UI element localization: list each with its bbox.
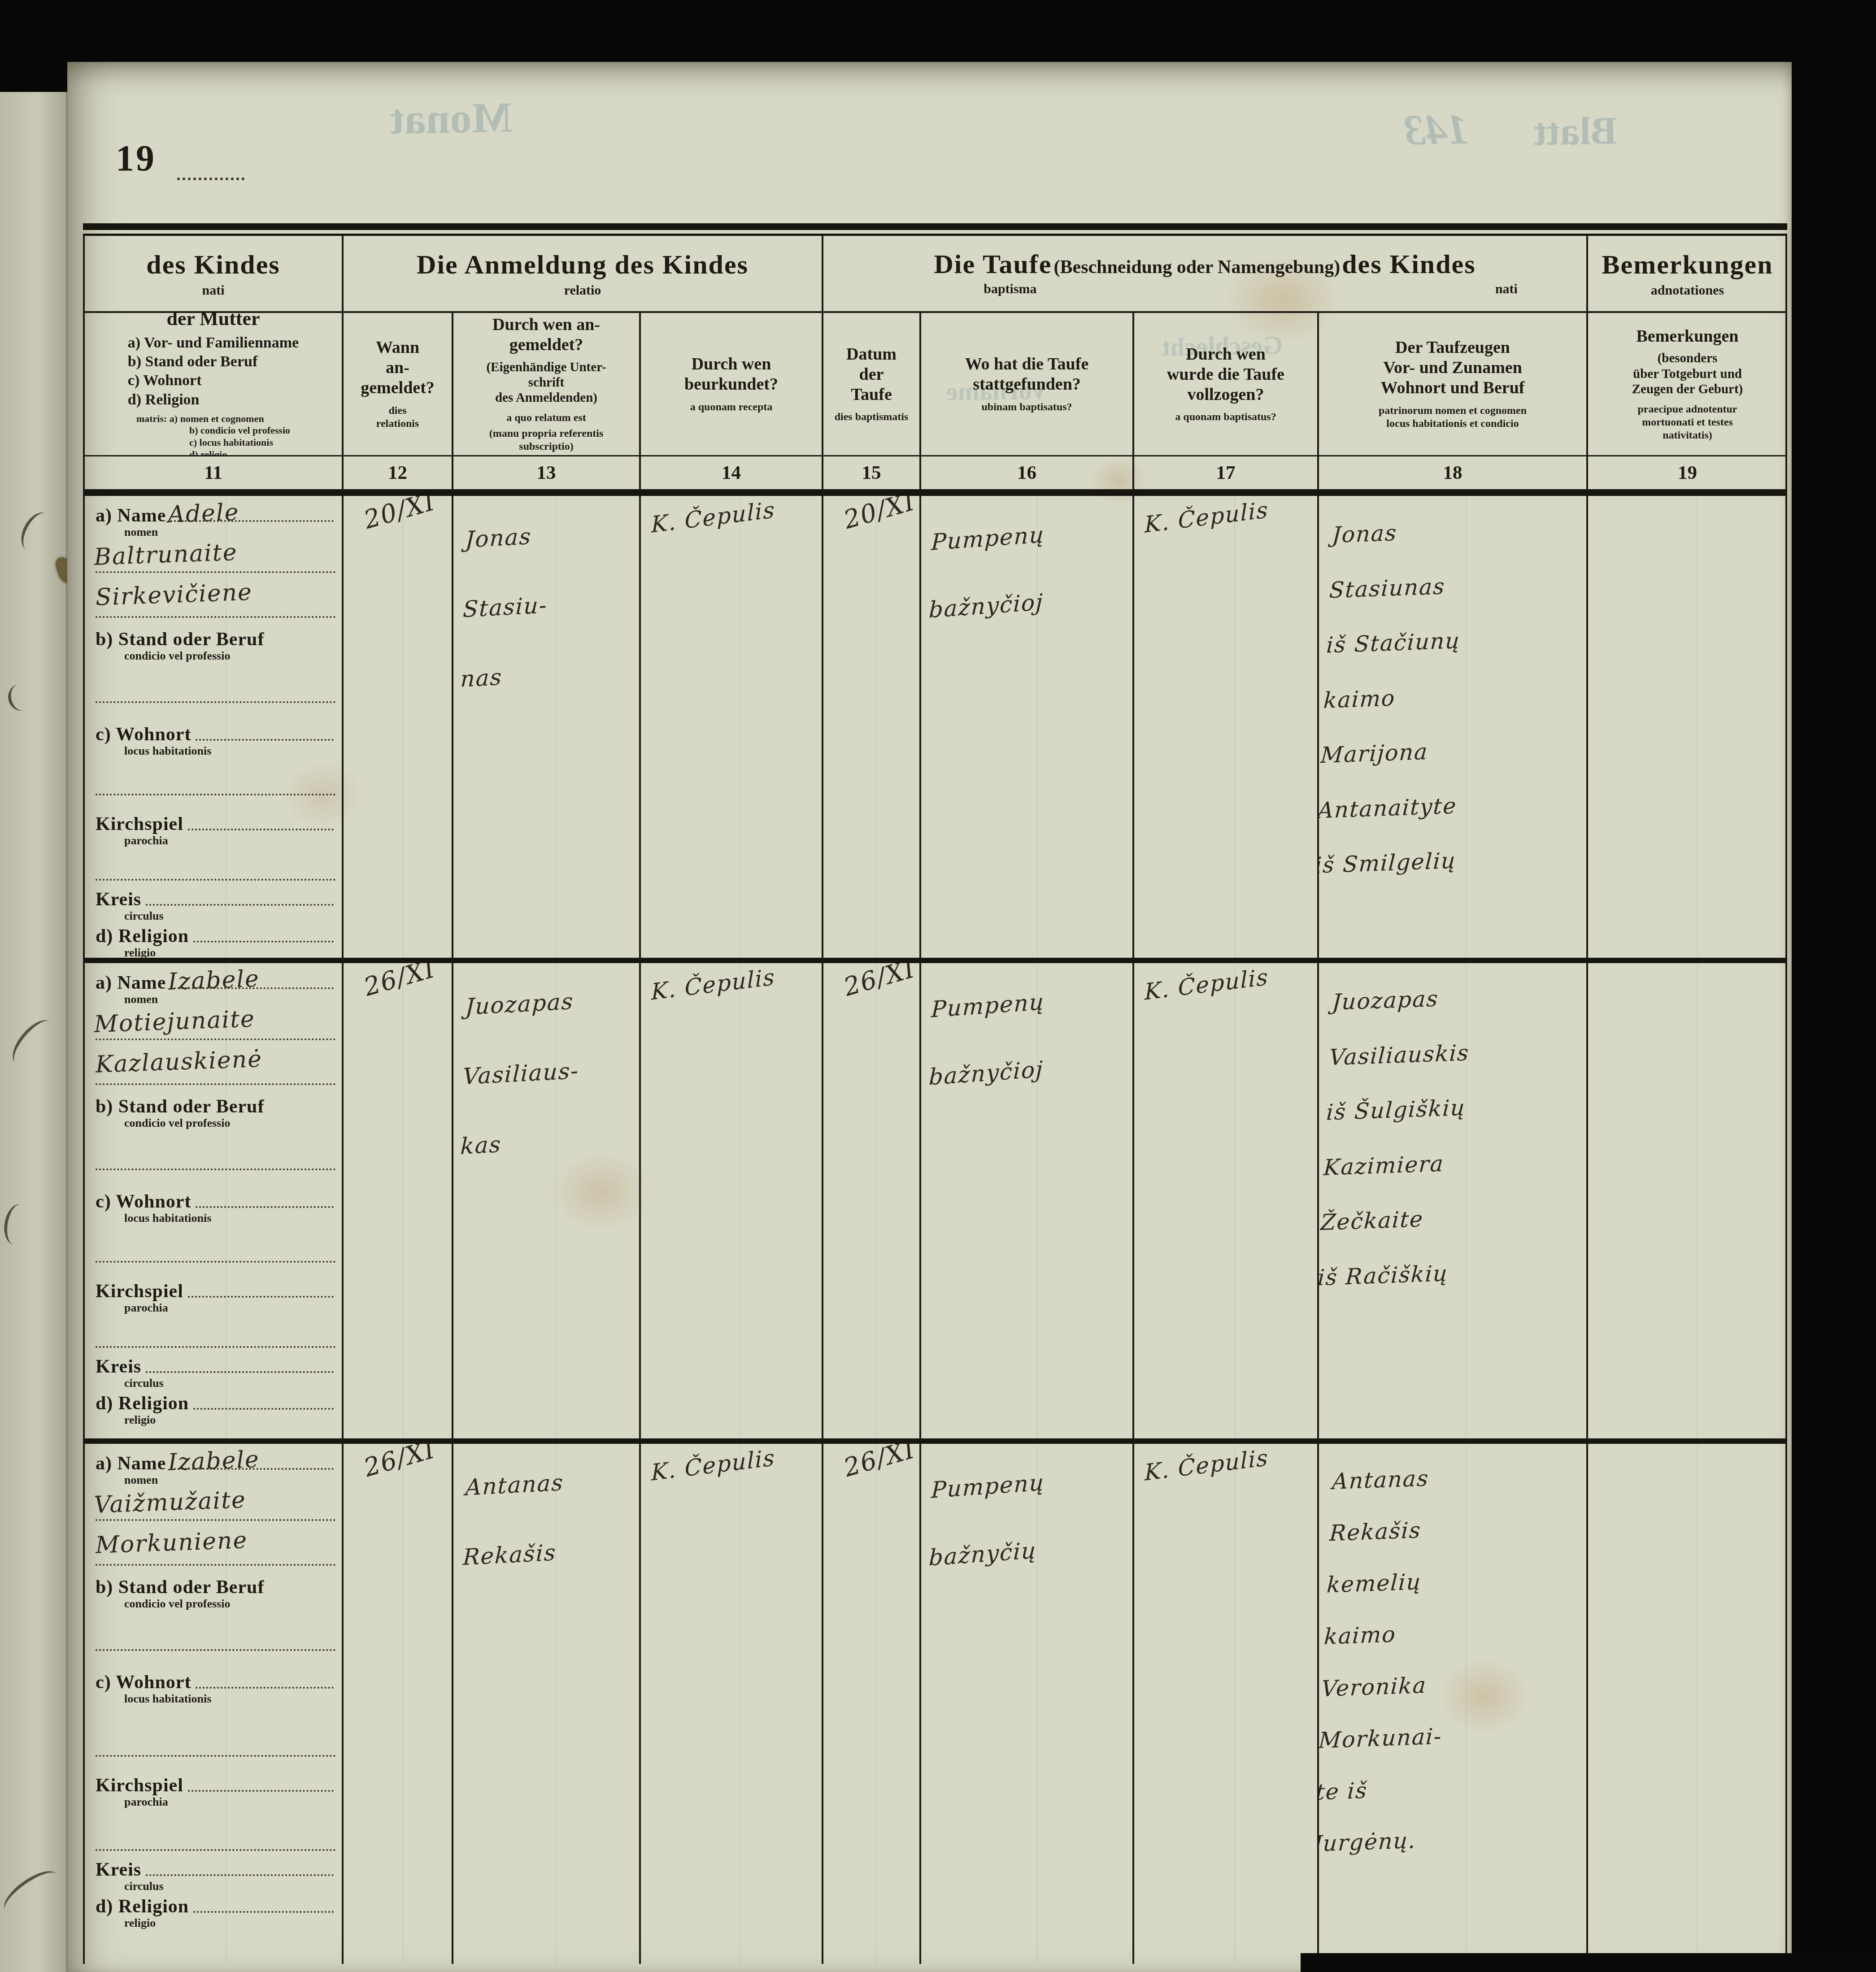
row3-angemeldet-durch-handwriting: Antanas Rekašis bbox=[453, 1444, 639, 1593]
group-header-anmeldung: Die Anmeldung des Kindes relatio bbox=[344, 236, 823, 313]
row2-taufe-durch: K. Čepulis bbox=[1134, 963, 1319, 1444]
label-wohnort-latin: locus habitationis bbox=[124, 1692, 335, 1706]
label-religion-latin: religio bbox=[124, 1413, 335, 1427]
row1-beurkundet-durch: K. Čepulis bbox=[641, 496, 823, 963]
row3-taufzeugen-handwriting: Antanas Rekašis kemelių kaimo Veronika M… bbox=[1319, 1444, 1586, 1870]
row2-angemeldet-durch-handwriting: Juozapas Vasiliaus- kas bbox=[453, 963, 639, 1182]
row3-beurkundet-durch: K. Čepulis bbox=[641, 1444, 823, 1964]
column-header-wo-taufe: Wo hat die Taufe stattgefunden? ubinam b… bbox=[921, 313, 1134, 456]
label-wohnort: c) Wohnort bbox=[96, 1672, 191, 1693]
column-header-mutter-item-c: c) Wohnort bbox=[128, 371, 299, 390]
group-header-kind-title: des Kindes bbox=[146, 249, 280, 280]
page-header: 19 bbox=[67, 62, 1792, 223]
group-header-taufe-title: Die Taufe bbox=[934, 249, 1052, 279]
group-header-kind: des Kindes nati bbox=[85, 236, 344, 313]
group-header-taufe-paren: (Beschneidung oder Namengebung) bbox=[1053, 257, 1340, 278]
row1-mother-cell: Adele Baltrunaite Sirkevičiene a) Name n… bbox=[85, 496, 344, 963]
column-header-mutter-title: der Mutter bbox=[166, 313, 260, 330]
column-header-taufe-vollzogen: Durch wen wurde die Taufe vollzogen? a q… bbox=[1134, 313, 1319, 456]
group-header-kind-latin: nati bbox=[202, 283, 224, 298]
column-header-durch-wen-angemeldet-paren: (Eigenhändige Unter- schrift des Anmelde… bbox=[486, 360, 606, 406]
column-header-mutter-item-b: b) Stand oder Beruf bbox=[128, 352, 299, 371]
column-number-13: 13 bbox=[453, 456, 641, 496]
row1-bemerkungen bbox=[1588, 496, 1787, 963]
row3-taufe-durch: K. Čepulis bbox=[1134, 1444, 1319, 1964]
column-header-bemerkungen-latin: praecipue adnotentur mortuonati et teste… bbox=[1638, 403, 1737, 442]
row3-taufe-ort: Pumpenų bažnyčių bbox=[921, 1444, 1134, 1964]
row2-taufe-ort-handwriting: Pumpenų bažnyčioj bbox=[921, 963, 1132, 1112]
column-header-durch-wen-angemeldet-text: Durch wen an- gemeldet? bbox=[492, 315, 600, 355]
label-wohnort-latin: locus habitationis bbox=[124, 1212, 335, 1225]
register-table: des Kindes nati Die Anmeldung des Kindes… bbox=[83, 223, 1787, 1964]
label-kirchspiel-latin: parochia bbox=[124, 834, 335, 847]
row1-angemeldet-wann-handwriting: 20/XI bbox=[344, 496, 453, 539]
edge-ink-fragment bbox=[5, 682, 36, 713]
column-header-datum-taufe: Datum der Taufe dies baptismatis bbox=[823, 313, 921, 456]
row1-taufzeugen-handwriting: Jonas Stasiunas iš Stačiunų kaimo Marijo… bbox=[1319, 496, 1586, 894]
row2-taufe-ort: Pumpenų bažnyčioj bbox=[921, 963, 1134, 1444]
row1-taufe-durch: K. Čepulis bbox=[1134, 496, 1319, 963]
column-header-datum-taufe-text: Datum der Taufe bbox=[846, 344, 897, 404]
label-religion: d) Religion bbox=[96, 1896, 189, 1917]
label-stand: b) Stand oder Beruf bbox=[96, 629, 264, 650]
column-number-18: 18 bbox=[1319, 456, 1588, 496]
column-header-wo-taufe-text: Wo hat die Taufe stattgefunden? bbox=[965, 354, 1089, 395]
column-header-durch-wen-beurkundet-text: Durch wen beurkundet? bbox=[684, 354, 778, 395]
label-stand-latin: condicio vel professio bbox=[124, 1116, 335, 1130]
row3-beurkundet-durch-handwriting: K. Čepulis bbox=[641, 1444, 821, 1488]
label-religion-latin: religio bbox=[124, 1916, 335, 1930]
label-kreis: Kreis bbox=[96, 1356, 141, 1377]
page-number-dotted-line bbox=[177, 178, 244, 180]
label-religion: d) Religion bbox=[96, 1393, 189, 1414]
column-header-mutter-latin: matris: a) nomen et cognomen b) condicio… bbox=[136, 413, 290, 456]
row2-beurkundet-durch: K. Čepulis bbox=[641, 963, 823, 1444]
group-header-taufe: Die Taufe (Beschneidung oder Namengebung… bbox=[823, 236, 1588, 313]
row1-beurkundet-durch-handwriting: K. Čepulis bbox=[641, 496, 821, 540]
row3-taufe-ort-handwriting: Pumpenų bažnyčių bbox=[921, 1444, 1132, 1593]
group-header-taufe-title-end: des Kindes bbox=[1342, 249, 1476, 279]
label-wohnort: c) Wohnort bbox=[96, 1191, 191, 1212]
group-header-taufe-latin-right: nati bbox=[1495, 282, 1518, 297]
column-header-taufzeugen-text: Der Taufzeugen Vor- und Zunamen Wohnort … bbox=[1381, 338, 1525, 398]
label-kirchspiel: Kirchspiel bbox=[96, 1775, 183, 1796]
column-header-taufzeugen: Der Taufzeugen Vor- und Zunamen Wohnort … bbox=[1319, 313, 1588, 456]
label-kreis: Kreis bbox=[96, 1859, 141, 1881]
label-religion-latin: religio bbox=[124, 946, 335, 960]
column-number-19: 19 bbox=[1588, 456, 1787, 496]
label-kreis-latin: circulus bbox=[124, 1377, 335, 1390]
previous-page-edge bbox=[0, 92, 68, 1972]
label-kreis: Kreis bbox=[96, 889, 141, 910]
label-kreis-latin: circulus bbox=[124, 1880, 335, 1893]
group-header-bemerkungen: Bemerkungen adnotationes bbox=[1588, 236, 1787, 313]
row2-taufe-datum-handwriting: 26/XI bbox=[823, 963, 921, 1006]
column-header-bemerkungen-paren: (besonders über Totgeburt und Zeugen der… bbox=[1632, 351, 1743, 397]
row3-mother-name-handwriting: Izabele Vaižmužaite Morkuniene bbox=[92, 1444, 344, 1566]
column-header-wann-angemeldet: Wann an- gemeldet? dies relationis bbox=[344, 313, 453, 456]
column-header-taufe-vollzogen-text: Durch wen wurde die Taufe vollzogen? bbox=[1167, 344, 1284, 404]
label-kreis-latin: circulus bbox=[124, 909, 335, 923]
group-header-taufe-latin-left: baptisma bbox=[984, 282, 1036, 297]
row1-mother-name-handwriting: Adele Baltrunaite Sirkevičiene bbox=[92, 496, 344, 618]
row3-taufe-durch-handwriting: K. Čepulis bbox=[1134, 1444, 1317, 1488]
row3-angemeldet-wann-handwriting: 26/XI bbox=[344, 1444, 453, 1486]
group-header-bemerkungen-latin: adnotationes bbox=[1651, 283, 1724, 298]
row1-angemeldet-wann: 20/XI bbox=[344, 496, 453, 963]
label-stand: b) Stand oder Beruf bbox=[96, 1577, 264, 1598]
column-number-12: 12 bbox=[344, 456, 453, 496]
row3-taufe-datum-handwriting: 26/XI bbox=[823, 1444, 921, 1486]
column-header-bemerkungen-text: Bemerkungen bbox=[1637, 326, 1739, 347]
row2-beurkundet-durch-handwriting: K. Čepulis bbox=[641, 963, 821, 1008]
scan-bottom-edge bbox=[1301, 1953, 1876, 1972]
row2-taufe-datum: 26/XI bbox=[823, 963, 921, 1444]
row1-taufe-datum-handwriting: 20/XI bbox=[823, 496, 921, 539]
row2-angemeldet-wann-handwriting: 26/XI bbox=[344, 963, 453, 1006]
row2-mother-name-handwriting: Izabele Motiejunaite Kazlauskienė bbox=[92, 963, 344, 1085]
column-header-mutter-item-d: d) Religion bbox=[128, 391, 299, 409]
column-header-bemerkungen: Bemerkungen (besonders über Totgeburt un… bbox=[1588, 313, 1787, 456]
group-header-anmeldung-latin: relatio bbox=[564, 283, 601, 298]
label-wohnort-latin: locus habitationis bbox=[124, 744, 335, 758]
table-top-rule bbox=[83, 223, 1787, 230]
row2-angemeldet-durch: Juozapas Vasiliaus- kas bbox=[453, 963, 641, 1444]
row3-angemeldet-durch: Antanas Rekašis bbox=[453, 1444, 641, 1964]
column-header-wo-taufe-latin: ubinam baptisatus? bbox=[981, 401, 1072, 414]
column-header-taufe-vollzogen-latin: a quonam baptisatus? bbox=[1175, 411, 1276, 424]
edge-ink-fragment bbox=[15, 508, 57, 556]
group-header-bemerkungen-title: Bemerkungen bbox=[1602, 249, 1773, 280]
column-header-mutter-item-a: a) Vor- und Familienname bbox=[128, 334, 299, 352]
column-number-15: 15 bbox=[823, 456, 921, 496]
row2-mother-cell: Izabele Motiejunaite Kazlauskienė a) Nam… bbox=[85, 963, 344, 1444]
row1-taufe-ort: Pumpenų bažnyčioj bbox=[921, 496, 1134, 963]
row2-taufe-durch-handwriting: K. Čepulis bbox=[1134, 963, 1317, 1008]
label-stand-latin: condicio vel professio bbox=[124, 1597, 335, 1611]
row2-taufzeugen-handwriting: Juozapas Vasiliauskis iš Šulgiškių Kazim… bbox=[1319, 963, 1586, 1306]
column-header-taufzeugen-latin: patrinorum nomen et cognomen locus habit… bbox=[1379, 404, 1527, 430]
label-kirchspiel: Kirchspiel bbox=[96, 1281, 183, 1302]
column-header-wann-angemeldet-text: Wann an- gemeldet? bbox=[361, 338, 435, 398]
column-header-wann-angemeldet-latin: dies relationis bbox=[376, 404, 419, 430]
row3-mother-cell: Izabele Vaižmužaite Morkuniene a) Name n… bbox=[85, 1444, 344, 1964]
column-header-durch-wen-angemeldet-latin: a quo relatum est bbox=[506, 412, 586, 425]
row1-taufe-durch-handwriting: K. Čepulis bbox=[1134, 496, 1317, 540]
register-page: Monat Blatt 143 Geschlecht Vorname 19 de… bbox=[67, 62, 1792, 1972]
column-header-mutter: der Mutter a) Vor- und Familienname b) S… bbox=[85, 313, 344, 456]
label-wohnort: c) Wohnort bbox=[96, 724, 191, 745]
column-header-durch-wen-angemeldet-latin2: (manu propria referentis subscriptio) bbox=[489, 427, 604, 453]
row3-bemerkungen bbox=[1588, 1444, 1787, 1964]
row3-taufzeugen: Antanas Rekašis kemelių kaimo Veronika M… bbox=[1319, 1444, 1588, 1964]
row1-angemeldet-durch: Jonas Stasiu- nas bbox=[453, 496, 641, 963]
column-header-durch-wen-angemeldet: Durch wen an- gemeldet? (Eigenhändige Un… bbox=[453, 313, 641, 456]
row1-taufe-datum: 20/XI bbox=[823, 496, 921, 963]
row2-taufzeugen: Juozapas Vasiliauskis iš Šulgiškių Kazim… bbox=[1319, 963, 1588, 1444]
label-kirchspiel: Kirchspiel bbox=[96, 813, 183, 835]
row1-taufe-ort-handwriting: Pumpenų bažnyčioj bbox=[921, 496, 1132, 645]
group-header-anmeldung-title: Die Anmeldung des Kindes bbox=[417, 249, 749, 280]
label-kirchspiel-latin: parochia bbox=[124, 1301, 335, 1315]
edge-ink-fragment bbox=[0, 1863, 64, 1921]
column-header-durch-wen-beurkundet: Durch wen beurkundet? a quonam recepta bbox=[641, 313, 823, 456]
label-religion: d) Religion bbox=[96, 925, 189, 947]
row3-angemeldet-wann: 26/XI bbox=[344, 1444, 453, 1964]
row1-angemeldet-durch-handwriting: Jonas Stasiu- nas bbox=[453, 496, 639, 715]
row2-angemeldet-wann: 26/XI bbox=[344, 963, 453, 1444]
column-header-datum-taufe-latin: dies baptismatis bbox=[835, 411, 909, 424]
edge-ink-fragment bbox=[1, 1202, 34, 1247]
label-kirchspiel-latin: parochia bbox=[124, 1795, 335, 1809]
row3-taufe-datum: 26/XI bbox=[823, 1444, 921, 1964]
column-number-14: 14 bbox=[641, 456, 823, 496]
label-stand: b) Stand oder Beruf bbox=[96, 1096, 264, 1117]
row1-taufzeugen: Jonas Stasiunas iš Stačiunų kaimo Marijo… bbox=[1319, 496, 1588, 963]
column-number-11: 11 bbox=[85, 456, 344, 496]
row2-bemerkungen bbox=[1588, 963, 1787, 1444]
page-number: 19 bbox=[116, 137, 156, 179]
column-header-durch-wen-beurkundet-latin: a quonam recepta bbox=[690, 401, 773, 414]
label-stand-latin: condicio vel professio bbox=[124, 649, 335, 663]
column-number-16: 16 bbox=[921, 456, 1134, 496]
column-number-17: 17 bbox=[1134, 456, 1319, 496]
edge-ink-fragment bbox=[5, 1013, 60, 1071]
